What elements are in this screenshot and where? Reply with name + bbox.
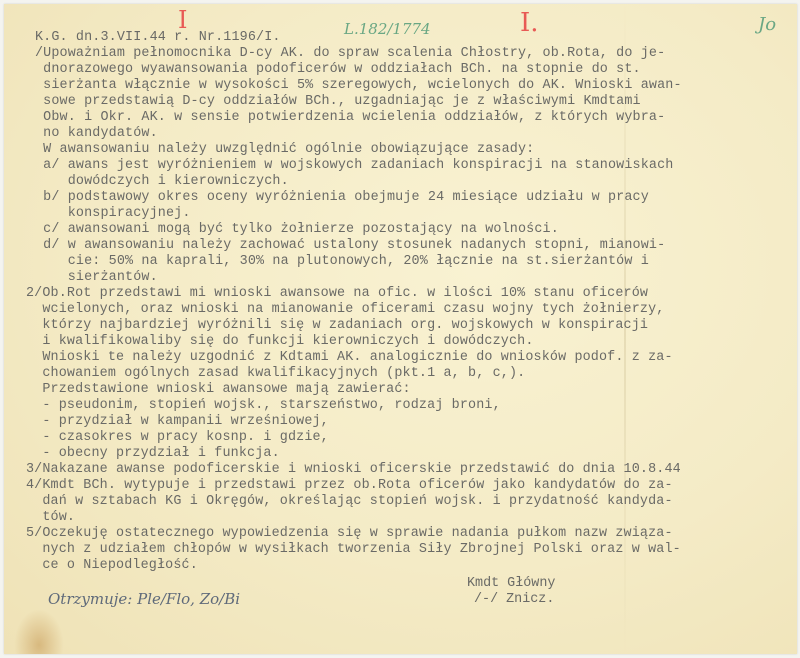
body-line: ce o Niepodległość.	[26, 558, 198, 573]
body-line: dań w sztabach KG i Okręgów, określając …	[26, 494, 673, 509]
signature-name: /-/ Znicz.	[474, 592, 554, 607]
green-registry-number: L.182/1774	[344, 20, 431, 38]
body-line: 5/Oczekuję ostatecznego wypowiedzenia si…	[26, 526, 673, 541]
body-line: Obw. i Okr. AK. w sensie potwierdzenia w…	[35, 110, 665, 125]
body-line: Przedstawione wnioski awansowe mają zawi…	[26, 382, 411, 397]
red-mark-roman-one-dot: I.	[520, 8, 539, 38]
body-line: W awansowaniu należy uwzględnić ogólnie …	[35, 142, 534, 157]
body-line: wcielonych, oraz wnioski na mianowanie o…	[26, 302, 664, 317]
paper-stain	[14, 609, 64, 654]
body-line: dnorazowego wyawansowania podoficerów w …	[35, 62, 641, 77]
body-line: 4/Kmdt BCh. wytypuje i przedstawi przez …	[26, 478, 673, 493]
body-line: - czasokres w pracy kosnp. i gdzie,	[26, 430, 329, 445]
body-line: d/ w awansowaniu należy zachować ustalon…	[35, 238, 665, 253]
body-line: 2/Ob.Rot przedstawi mi wnioski awansowe …	[26, 286, 648, 301]
document-page: I I. L.182/1774 Jo K.G. dn.3.VII.44 r. N…	[4, 4, 797, 654]
body-line: konspiracyjnej.	[35, 206, 191, 221]
body-line: sierżantów.	[35, 270, 158, 285]
body-line: tów.	[26, 510, 75, 525]
body-line: i kwalifikowaliby się do funkcji kierown…	[26, 334, 534, 349]
typed-text: K.G. dn.3.VII.44 r. Nr.1196/I. /Upoważni…	[4, 4, 37, 559]
green-initial: Jo	[758, 14, 776, 35]
body-line: cie: 50% na kaprali, 30% na plutonowych,…	[35, 254, 649, 269]
signature-title: Kmdt Główny	[467, 576, 555, 591]
body-line: a/ awans jest wyróżnieniem w wojskowych …	[35, 158, 673, 173]
body-line: chowaniem ogólnych zasad kwalifikacyjnyc…	[26, 366, 525, 381]
body-line: no kandydatów.	[35, 126, 158, 141]
body-line: sowe przedstawią D-cy oddziałów BCh., uz…	[35, 94, 641, 109]
pencil-distribution-note: Otrzymuje: Ple/Flo, Zo/Bi	[48, 590, 240, 608]
body-line: dowódczych i kierowniczych.	[35, 174, 289, 189]
body-line: którzy najbardziej wyróżnili się w zadan…	[26, 318, 648, 333]
body-line: - pseudonim, stopień wojsk., starszeństw…	[26, 398, 501, 413]
body-line: /Upoważniam pełnomocnika D-cy AK. do spr…	[35, 46, 665, 61]
body-line: nych z udziałem chłopów w wysiłkach twor…	[26, 542, 681, 557]
body-line: Wnioski te należy uzgodnić z Kdtami AK. …	[26, 350, 673, 365]
body-line: c/ awansowani mogą być tylko żołnierze p…	[35, 222, 559, 237]
body-line: - przydział w kampanii wrześniowej,	[26, 414, 329, 429]
body-line: b/ podstawowy okres oceny wyróżnienia ob…	[35, 190, 649, 205]
reference-line: K.G. dn.3.VII.44 r. Nr.1196/I.	[35, 30, 281, 45]
body-line: 3/Nakazane awanse podoficerskie i wniosk…	[26, 462, 681, 477]
body-line: - obecny przydział i funkcja.	[26, 446, 280, 461]
body-line: sierżanta włącznie w wysokości 5% szereg…	[35, 78, 682, 93]
